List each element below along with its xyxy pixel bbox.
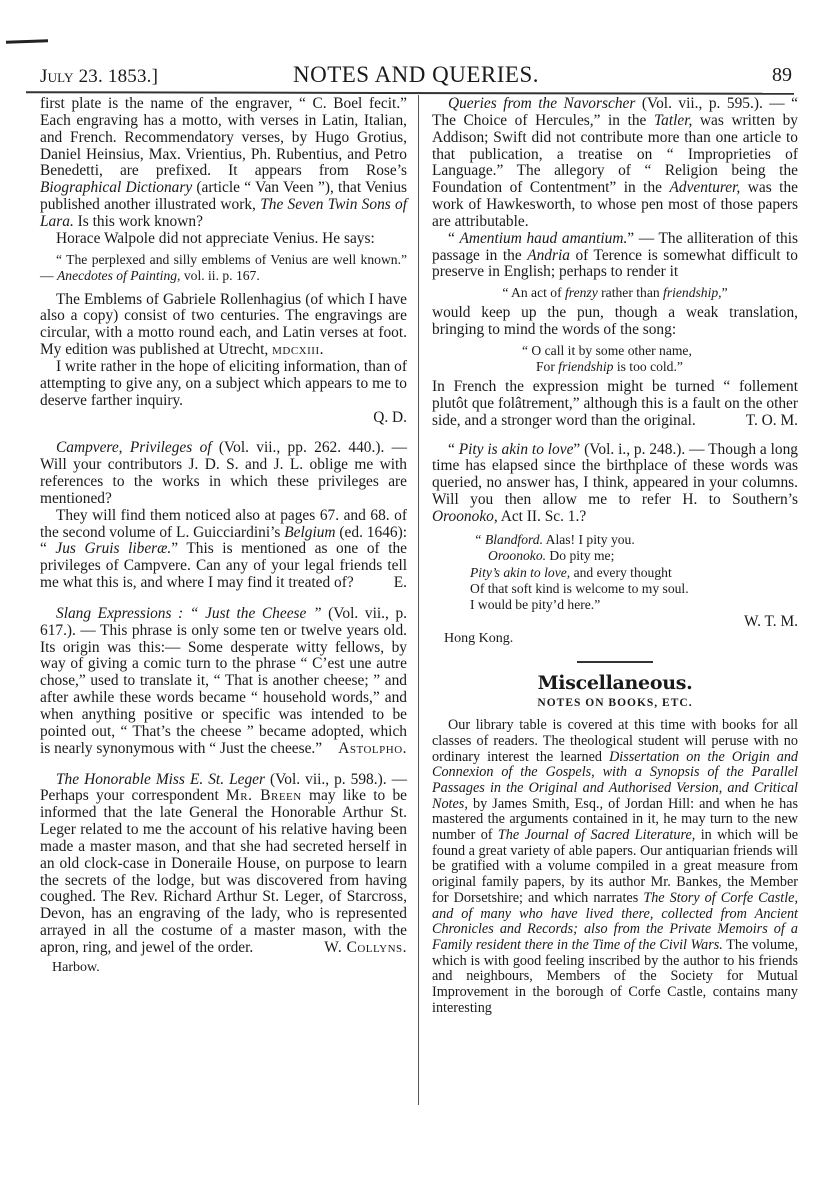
article-heading: Slang Expressions : “ Just the Cheese ” (56, 605, 322, 622)
page-edge-mark (6, 39, 48, 43)
paragraph: first plate is the name of the engraver,… (40, 96, 407, 231)
signature: T. O. M. (746, 413, 798, 430)
paragraph: They will find them noticed also at page… (40, 508, 407, 592)
article-pity: “ Pity is akin to love” (Vol. i., p. 248… (432, 442, 798, 648)
section-separator (577, 661, 653, 663)
section-subtitle: NOTES ON BOOKS, ETC. (432, 695, 798, 712)
article-heading: Pity is akin to love (459, 441, 574, 458)
paragraph: In French the expression might be turned… (432, 379, 798, 430)
paragraph: The Honorable Miss E. St. Leger (Vol. vi… (40, 772, 407, 957)
paragraph: I write rather in the hope of eliciting … (40, 359, 407, 410)
page-number: 89 (772, 64, 792, 87)
song-quote: “ O call it by some other name, For frie… (522, 343, 798, 375)
paragraph: “ Pity is akin to love” (Vol. i., p. 248… (432, 442, 798, 526)
signature: E. (378, 575, 407, 592)
signature: W. T. M. (432, 614, 798, 631)
paragraph: Our library table is covered at this tim… (432, 718, 798, 1016)
article-heading: Queries from the Navorscher (448, 95, 635, 112)
article-heading: Campvere, Privileges of (56, 439, 212, 456)
article-venius: first plate is the name of the engraver,… (40, 96, 407, 426)
column-divider (418, 95, 419, 1105)
paragraph: “ Amentium haud amantium.” — The alliter… (432, 231, 798, 282)
paragraph: would keep up the pun, though a weak tra… (432, 305, 798, 339)
signature: Astolpho. (322, 741, 407, 758)
paragraph: Horace Walpole did not appreciate Venius… (40, 231, 407, 248)
paragraph: Queries from the Navorscher (Vol. vii., … (432, 96, 798, 231)
section-title: Miscellaneous. (432, 675, 798, 692)
page-header: July 23. 1853.] NOTES AND QUERIES. 89 (40, 62, 792, 88)
paragraph: Campvere, Privileges of (Vol. vii., pp. … (40, 440, 407, 507)
left-column: first plate is the name of the engraver,… (40, 96, 407, 977)
paragraph: The Emblems of Gabriele Rollenhagius (of… (40, 292, 407, 359)
section-miscellaneous: Miscellaneous. NOTES ON BOOKS, ETC. Our … (432, 675, 798, 1016)
place-line: Hong Kong. (432, 631, 798, 648)
paragraph: Slang Expressions : “ Just the Cheese ” … (40, 606, 407, 758)
block-quote: “ The perplexed and silly emblems of Ven… (40, 252, 407, 284)
right-column: Queries from the Navorscher (Vol. vii., … (432, 96, 798, 1016)
signature: W. Collyns. (308, 940, 407, 957)
place-line: Harbow. (40, 960, 407, 977)
article-slang: Slang Expressions : “ Just the Cheese ” … (40, 606, 407, 758)
article-navorscher: Queries from the Navorscher (Vol. vii., … (432, 96, 798, 430)
article-st-leger: The Honorable Miss E. St. Leger (Vol. vi… (40, 772, 407, 977)
article-heading: The Honorable Miss E. St. Leger (56, 771, 265, 788)
verse-quote: “ Blandford. Alas! I pity you. Oroonoko.… (470, 532, 798, 614)
article-campvere: Campvere, Privileges of (Vol. vii., pp. … (40, 440, 407, 592)
block-quote: “ An act of frenzy rather than friendshi… (432, 285, 798, 301)
journal-title: NOTES AND QUERIES. (40, 62, 792, 88)
signature: Q. D. (40, 410, 407, 427)
